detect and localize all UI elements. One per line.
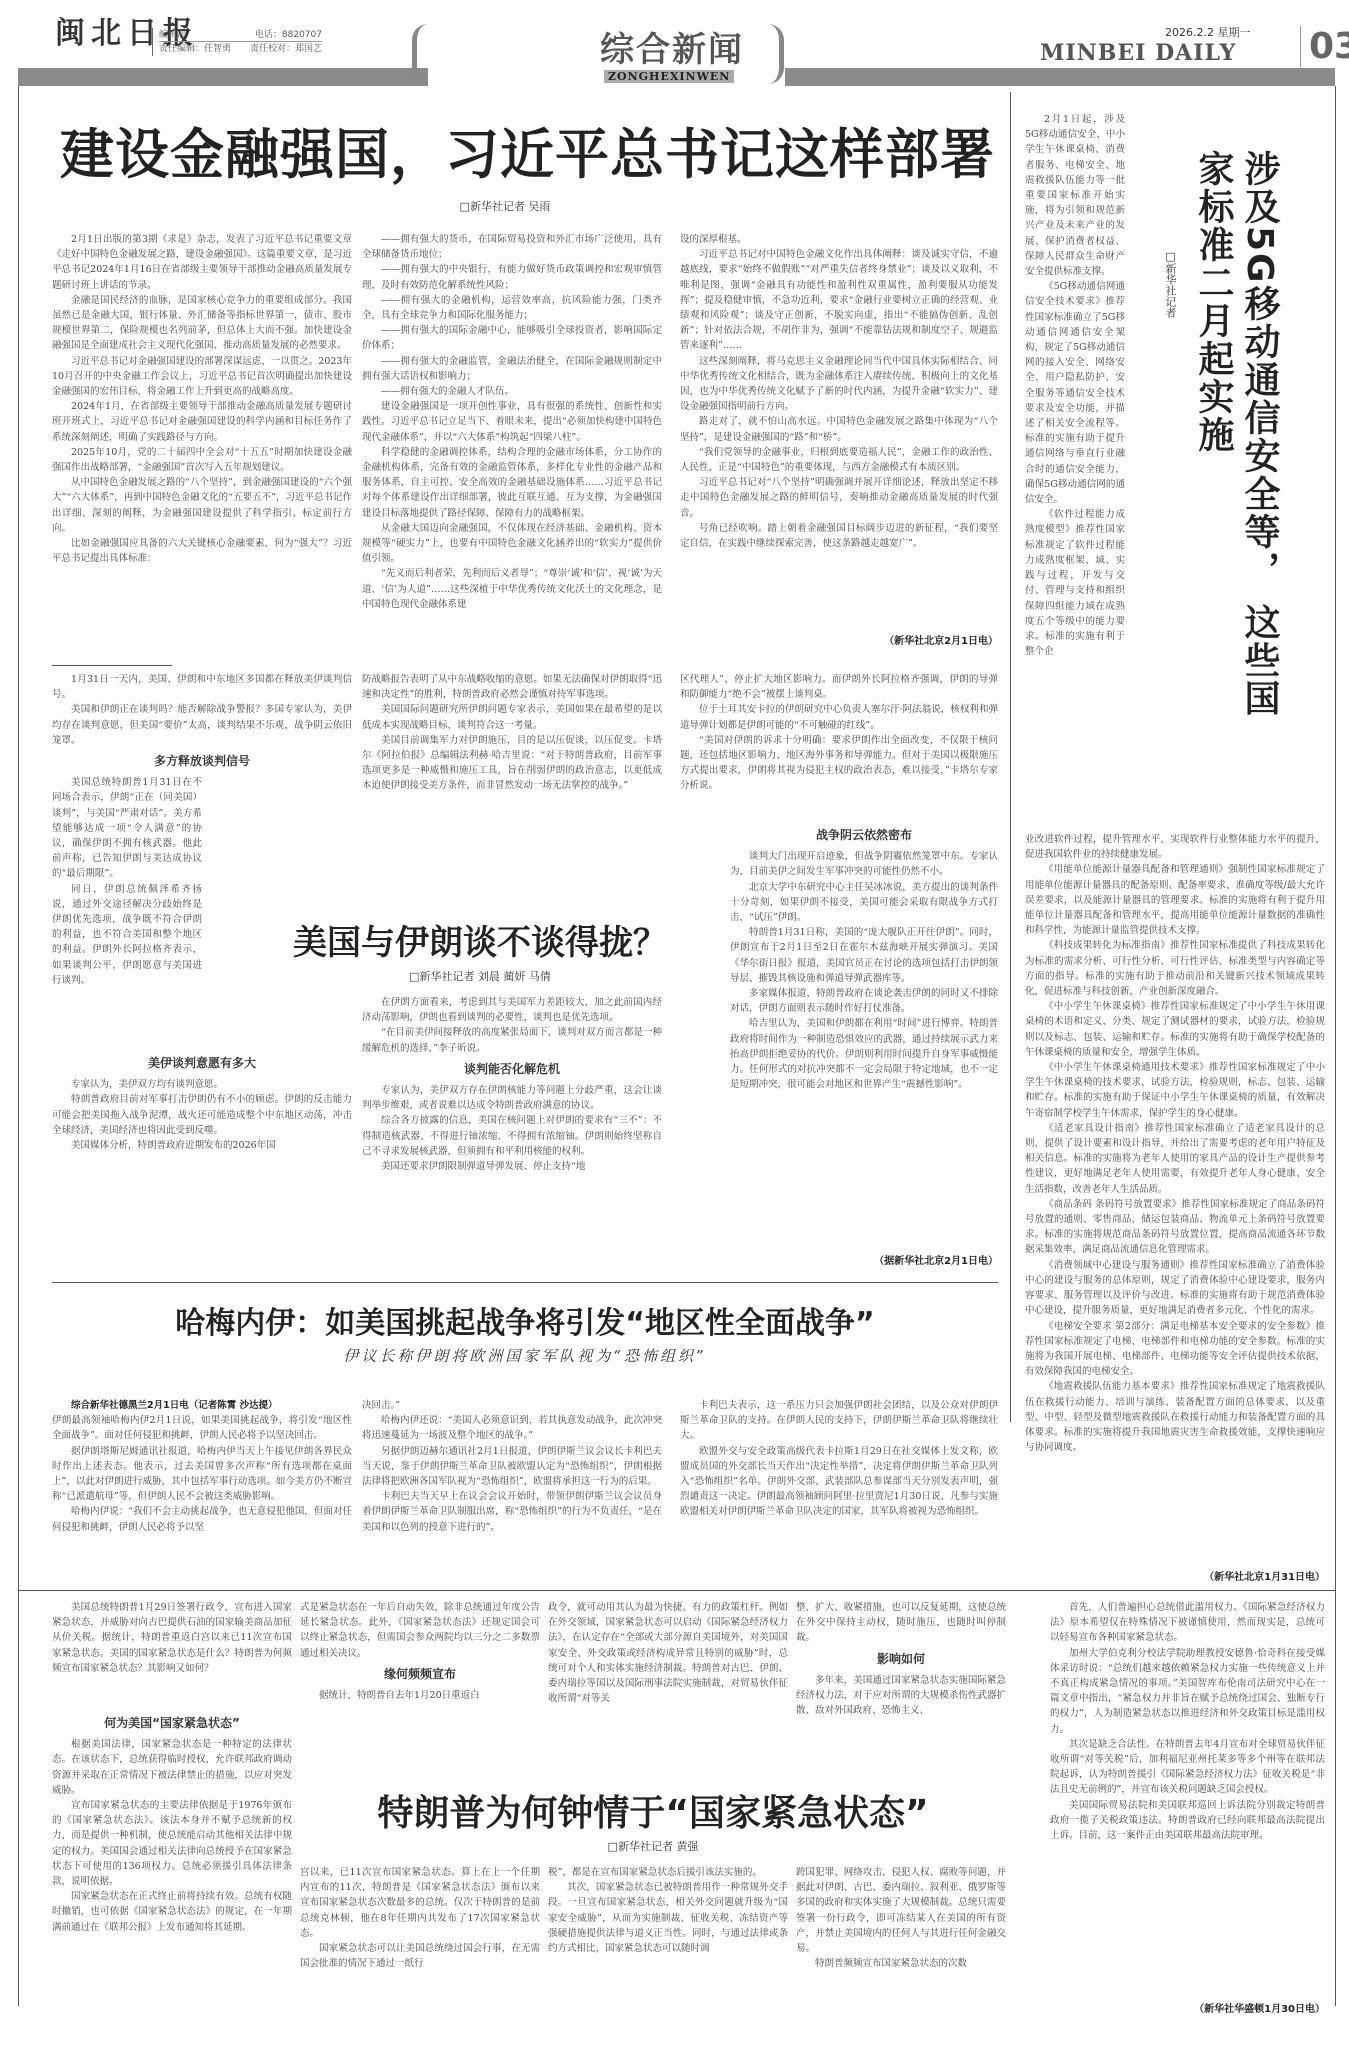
paragraph: 2月1日起，涉及5G移动通信安全、中小学生午休课桌椅、消费者服务、电梯安全、地震…	[1025, 112, 1125, 279]
paragraph: 伊朗最高领袖哈梅内伊2月1日说，如果美国挑起战争，将引发“地区性全面战争”。面对…	[52, 1413, 352, 1443]
paragraph: ——拥有强大的国际金融中心，能够吸引全球投资者，影响国际定价体系；	[362, 323, 662, 353]
paragraph: 北京大学中东研究中心主任吴冰冰说，美方提出的谈判条件十分苛刻，如果伊朗不接受，美…	[730, 880, 998, 926]
paragraph: 《中小学生午休课桌椅》推荐性国家标准规定了中小学生午休用课桌椅的术语和定义、分类…	[1025, 999, 1325, 1060]
article5-headline-line-1: 涉及5G移动通信安全等，	[1239, 150, 1280, 589]
paragraph: 多年来，美国通过国家紧急状态实施国际紧急经济权力法，对于应对所谓的大规模杀伤性武…	[796, 1673, 1006, 1719]
paragraph: 防战略报告表明了从中东战略收缩的意愿。如果无法确保对伊朗取得“迅速和决定性”的胜…	[362, 672, 662, 702]
frame-right-rule	[1335, 86, 1336, 2006]
paragraph: 税”，都是在宣布国家紧急状态后援引该法实施的。	[548, 1865, 788, 1880]
article1-headline: 建设金融强国，习近平总书记这样部署	[60, 112, 990, 189]
paragraph: 科学稳健的金融调控体系，结构合理的金融市场体系，分工协作的金融机构体系，完备有效…	[362, 445, 662, 521]
article4-subhead-3: 影响如何	[796, 1652, 1006, 1667]
paragraph: 特朗普1月31日称，美国的“庞大舰队正开往伊朗”。同时，伊朗宣布于2月1日至2日…	[730, 925, 998, 986]
paragraph: 卡利巴夫当天早上在议会会议开始时，带领伊朗伊斯兰议会议员身着伊朗伊斯兰革命卫队制…	[362, 1489, 662, 1535]
frame-left-rule	[18, 86, 19, 2006]
article2-column-1-lower: 美伊谈判意愿有多大 专家认为，美伊双方均有谈判意愿。 特朗普政府目前对军事打击伊…	[52, 1050, 352, 1250]
article-separator	[52, 665, 172, 666]
article3-column-2: 决回击。” 哈梅内伊还说：“美国人必须意识到，若其执意发动战争，此次冲突将迅速蔓…	[362, 1398, 662, 1573]
header-band-right	[785, 68, 1335, 86]
paragraph: 其次是缺乏合法性。在特朗普去年4月宣布对全球贸易伙伴征收所谓“对等关税”后，加利…	[1050, 1737, 1325, 1798]
masthead: 闽北日报 编辑部电话：8820707 责任编辑：任智勇责任校对：郑国艺 综合新闻…	[0, 0, 1349, 90]
paragraph: 金融是国民经济的血脉，是国家核心竞争力的重要组成部分。我国虽然已是金融大国，银行…	[52, 293, 352, 354]
article-separator	[18, 1590, 1336, 1591]
paragraph: 首先，人们普遍担心总统借此滥用权力。《国际紧急经济权力法》原本希望仅在特殊情况下…	[1050, 1600, 1325, 1646]
paragraph: ——拥有强大的金融机构，运营效率高，抗风险能力强，门类齐全，具有全球竞争力和国际…	[362, 293, 662, 323]
article5-byline: □新华社记者	[1162, 250, 1178, 370]
article2-subhead-1: 多方释放谈判信号	[52, 754, 352, 769]
paragraph: 整、扩大、收紧措施，也可以反复延期，这使总统在外交中保持主动权，随时施压，也随时…	[796, 1600, 1006, 1646]
paragraph: 美国国际贸易法院和美国联邦巡回上诉法院分别裁定特朗普政府一揽子关税政策违法。特朗…	[1050, 1798, 1325, 1844]
article4-column-3-upper: 政令，就可动用其认为最为快捷、有力的政策杠杆。例如在外交领域，国家紧急状态可以启…	[548, 1600, 788, 1780]
article2-subhead-2: 美伊谈判意愿有多大	[52, 1056, 352, 1071]
article4-subhead-2: 缘何频频宣布	[300, 1667, 540, 1682]
paragraph: 哈梅内伊还说：“美国人必须意识到，若其执意发动战争，此次冲突将迅速蔓延为一场波及…	[362, 1413, 662, 1443]
article3-subheadline: 伊议长称伊朗将欧洲国家军队视为“恐怖组织”	[60, 1345, 990, 1366]
article4-column-2-upper: 式是紧急状态在一年后自动失效，除非总统通过年度公告延长紧急状态。此外，《国家紧急…	[300, 1600, 540, 1780]
paragraph: 习近平总书记对金融强国建设的部署深谋远虑、一以贯之。2023年10月召开的中央金…	[52, 354, 352, 400]
article4-column-2-lower: 宫以来，已11次宣布国家紧急状态。算上在上一个任期内宣布的11次，特朗普是《国家…	[300, 1865, 540, 2010]
paragraph: 《电梯安全要求 第2部分：满足电梯基本安全要求的安全参数》推荐性国家标准规定了电…	[1025, 1319, 1325, 1380]
paragraph: 《商品条码 条码符号放置要求》推荐性国家标准规定了商品条码符号放置的通则、零售商…	[1025, 1197, 1325, 1258]
paragraph: 从中国特色金融发展之路的“八个坚持”，到金融强国建设的“六个强大”“六大体系”，…	[52, 475, 352, 536]
paragraph: 哈吉里认为，美国和伊朗都在利用“时间”进行博弈。特朗普政府将时间作为一种制造恐惧…	[730, 1016, 998, 1092]
paragraph: 式是紧急状态在一年后自动失效，除非总统通过年度公告延长紧急状态。此外，《国家紧急…	[300, 1600, 540, 1661]
proofreader-label: 责任校对：郑国艺	[250, 42, 322, 56]
paragraph: 《用能单位能源计量器具配备和管理通则》强制性国家标准规定了用能单位能源计量器具的…	[1025, 862, 1325, 938]
paragraph: 从金融大国迈向金融强国，不仅体现在经济基础、金融机构、资本规模等“硬实力”上，也…	[362, 521, 662, 567]
paragraph: 卡利巴夫表示，这一系压力只会加强伊朗社会团结，以及公众对伊朗伊斯兰革命卫队的支持…	[680, 1398, 998, 1444]
article4-byline: □新华社记者 黄强	[300, 1838, 1006, 1854]
article4-column-4-lower: 跨国犯罪、网络攻击、侵犯人权、腐败等问题，并据此对伊朗、古巴、委内瑞拉、叙利亚、…	[796, 1865, 1006, 2010]
article2-subhead-3: 谈判能否化解危机	[362, 1062, 662, 1077]
article2-column-2-upper: 防战略报告表明了从中东战略收缩的意愿。如果无法确保对伊朗取得“迅速和决定性”的胜…	[362, 672, 662, 872]
article5-source: （新华社北京1月31日电）	[1025, 1568, 1325, 1583]
paragraph: 美国总统特朗普1月31日在不同场合表示，伊朗“正在（同美国）谈判”，与美国“严肃…	[52, 775, 202, 881]
paragraph: 2月1日出版的第3期《求是》杂志，发表了习近平总书记重要文章《走好中国特色金融发…	[52, 232, 352, 293]
paragraph: 美国和伊朗正在谈判吗？能否解除战争警报？多国专家认为，美伊均存在谈判意愿，但美国…	[52, 702, 352, 748]
paragraph: 2024年1月，在省部级主要领导干部推动金融高质量发展专题研讨班开班式上，习近平…	[52, 399, 352, 445]
paragraph: 跨国犯罪、网络攻击、侵犯人权、腐败等问题，并据此对伊朗、古巴、委内瑞拉、叙利亚、…	[796, 1865, 1006, 1956]
paragraph: 在伊朗方面看来，考虑到其与美国军力差距较大，加之此前国内经济动荡影响，伊朗也看到…	[362, 995, 662, 1025]
article-separator	[52, 1282, 998, 1283]
section-pinyin: ZONGHEXINWEN	[604, 70, 734, 83]
paragraph: 区代理人”、停止扩大地区影响力。而伊朗外长阿拉格齐强调，伊朗的导弹和防御能力“绝…	[680, 672, 998, 702]
paragraph: 另据伊朗迈赫尔通讯社2月1日报道，伊朗伊斯兰议会议长卡利巴夫当天说，鉴于伊朗伊斯…	[362, 1444, 662, 1490]
paragraph: 《中小学生午休课桌椅通用技术要求》推荐性国家标准规定了中小学生午休课桌椅的技术要…	[1025, 1060, 1325, 1121]
paragraph: 欧盟外交与安全政策高级代表卡拉斯1月29日在社交媒体上发文称，欧盟成员国的外交部…	[680, 1444, 998, 1520]
phone-label: 电话：8820707	[255, 28, 322, 41]
paragraph: 决回击。”	[362, 1398, 662, 1413]
paragraph: 特朗普频频宣布国家紧急状态的次数	[796, 1956, 1006, 1971]
paper-name-en: MINBEI DAILY	[1040, 40, 1236, 66]
paragraph: 这些深刻阐释，将马克思主义金融理论同当代中国具体实际相结合、同中华优秀传统文化相…	[680, 354, 998, 415]
bracket-right-decoration	[768, 24, 784, 84]
issue-date: 2026.2.2 星期一	[1165, 24, 1250, 40]
header-band-left	[18, 68, 428, 86]
article2-headline: 美国与伊朗谈不谈得拢？	[215, 915, 745, 964]
paragraph: ——拥有强大的中央银行，有能力做好货币政策调控和宏观审慎管理，及时有效防范化解系…	[362, 262, 662, 292]
paragraph: 多家媒体报道，特朗普政府在谈论袭击伊朗的同时又不排除对话，伊朗方面则表示随时作好…	[730, 986, 998, 1016]
article3-headline: 哈梅内伊：如美国挑起战争将引发“地区性全面战争”	[60, 1298, 990, 1342]
article2-column-3-lower: 战争阴云依然密布 谈判大门出现开启迹象，但战争阴霾依然笼罩中东。专家认为，目前美…	[730, 822, 998, 1252]
paragraph: 业改进软件过程，提升管理水平，实现软件行业整体能力水平的提升，促进我国软件业的持…	[1025, 832, 1325, 862]
article4-column-3-lower: 税”，都是在宣布国家紧急状态后援引该法实施的。 其次，国家紧急状态已被特朗普用作…	[548, 1865, 788, 2010]
paragraph: 综合各方披露的信息，美国在核问题上对伊朗的要求有“三不”：不得制造核武器、不得进…	[362, 1113, 662, 1159]
article2-column-3-upper: 区代理人”、停止扩大地区影响力。而伊朗外长阿拉格齐强调，伊朗的导弹和防御能力“绝…	[680, 672, 998, 822]
article5-wide-column: 业改进软件过程，提升管理水平，实现软件行业整体能力水平的提升，促进我国软件业的持…	[1025, 832, 1325, 1652]
article1-column-3: 设的深厚根基。 习近平总书记对中国特色金融文化作出具体阐释：谈及诚实守信，不逾越…	[680, 232, 998, 632]
article2-byline: □新华社记者 刘晨 蔺妍 马倩	[215, 968, 745, 984]
article1-column-2: ——拥有强大的货币，在国际贸易投资和外汇市场广泛使用，具有全球储备货币地位； —…	[362, 232, 662, 652]
article2-headline-wrap: 美国与伊朗谈不谈得拢？	[215, 915, 745, 964]
paragraph: 《5G移动通信网通信安全技术要求》推荐性国家标准确立了5G移动通信网通信安全架构…	[1025, 279, 1125, 507]
paragraph: 特朗普政府目前对军事打击伊朗仍有不小的顾虑。伊朗的反击能力可能会把美国拖入战争泥…	[52, 1092, 352, 1138]
article4-headline: 特朗普为何钟情于“国家紧急状态”	[300, 1785, 1006, 1836]
paragraph: 美国媒体分析，特朗普政府近期发布的2026年国	[52, 1138, 352, 1153]
paragraph: 习近平总书记对“八个坚持”明确强调并展开详细论述，释放出坚定不移走中国特色金融发…	[680, 475, 998, 521]
paragraph: ——拥有强大的金融人才队伍。	[362, 384, 662, 399]
paragraph: 谈判大门出现开启迹象，但战争阴霾依然笼罩中东。专家认为，目前美伊之间发生军事冲突…	[730, 849, 998, 879]
paragraph: 《科技成果转化为标准指南》推荐性国家标准提供了科技成果转化为标准的需求分析、可行…	[1025, 938, 1325, 999]
paragraph: 美国总统特朗普1月29日签署行政令，宣布进入国家紧急状态，并威胁对向古巴提供石油…	[52, 1600, 292, 1676]
paragraph: 美国国际问题研究所伊朗问题专家表示，美国如果在最希望的是以低成本实现战略目标，谈…	[362, 702, 662, 732]
paragraph: 1月31日一天内，美国、伊朗和中东地区多国都在释放美伊谈判信号。	[52, 672, 352, 702]
paragraph: 位于土耳其安卡拉的伊朗研究中心负责人塞尔汗·阿法翁说，核权利和弹道导弹计划都是伊…	[680, 702, 998, 732]
paragraph: 《消费领域中心建设与服务通则》推荐性国家标准确立了消费体验中心的建设与服务的总体…	[1025, 1258, 1325, 1319]
paragraph: 据伊朗塔斯尼姆通讯社报道，哈梅内伊当天上午接见伊朗各界民众时作出上述表态。他表示…	[52, 1444, 352, 1505]
paragraph: 路走对了，就不怕山高水远。中国特色金融发展之路集中体现为“八个坚持”，是建设金融…	[680, 414, 998, 444]
dept-label: 编辑部	[159, 28, 186, 41]
paragraph: 宣布国家紧急状态的主要法律依据是于1976年颁布的《国家紧急状态法》。该法本身并…	[52, 1798, 292, 1889]
paragraph: 比如金融强国应具备的六大关键核心金融要素，何为“强大”？习近平总书记提出具体标准…	[52, 536, 352, 566]
editorial-info: 编辑部电话：8820707 责任编辑：任智勇责任校对：郑国艺	[152, 28, 322, 56]
article1-byline: □新华社记者 吴雨	[0, 198, 1010, 214]
article3-headline-wrap: 哈梅内伊：如美国挑起战争将引发“地区性全面战争”	[60, 1298, 990, 1342]
paragraph: 哈梅内伊说：“我们不会主动挑起战争，也无意侵犯他国，但面对任何侵犯和挑衅，伊朗人…	[52, 1504, 352, 1534]
paragraph: 美国还要求伊朗限制弹道导弹发展、停止支持“地	[362, 1159, 662, 1174]
article2-column-2-lower: 在伊朗方面看来，考虑到其与美国军力差距较大，加之此前国内经济动荡影响，伊朗也看到…	[362, 995, 662, 1265]
article2-source: （据新华社北京2月1日电）	[730, 1252, 998, 1267]
section-title: 综合新闻	[600, 22, 744, 71]
article4-column-1-upper: 美国总统特朗普1月29日签署行政令，宣布进入国家紧急状态，并威胁对向古巴提供石油…	[52, 1600, 292, 1710]
article3-dateline: 综合新华社德黑兰2月1日电（记者陈霄 沙达提）	[52, 1398, 352, 1413]
paragraph: 国家紧急状态可以让美国总统绕过国会行事，在无需国会批准的情况下通过一纸行	[300, 1941, 540, 1971]
article4-source: （新华社华盛顿1月30日电）	[1050, 2000, 1325, 2015]
article4-column-5: 首先，人们普遍担心总统借此滥用权力。《国际紧急经济权力法》原本希望仅在特殊情况下…	[1050, 1600, 1325, 2000]
paragraph: 专家认为，美伊双方存在伊朗核能力等问题上分歧严重，这会让谈判举步维艰，或者说难以…	[362, 1083, 662, 1113]
paragraph: 习近平总书记对中国特色金融文化作出具体阐释：谈及诚实守信，不逾越底线，要求“始终…	[680, 247, 998, 353]
paragraph: 2025年10月，党的二十届四中全会对“十五五”时期加快建设金融强国作出战略部署…	[52, 445, 352, 475]
paragraph: “我们党领导的金融事业，归根到底要造福人民”，金融工作的政治性、人民性，正是“中…	[680, 445, 998, 475]
paragraph: 加州大学伯克利分校法学院助理教授安德鲁·恰奇科在接受媒体采访时说：“总统们越来越…	[1050, 1646, 1325, 1737]
paragraph: 号角已经吹响。踏上朝着金融强国目标阔步迈进的新征程，“我们要坚定自信，在实践中继…	[680, 521, 998, 551]
article3-column-1: 综合新华社德黑兰2月1日电（记者陈霄 沙达提） 伊朗最高领袖哈梅内伊2月1日说，…	[52, 1398, 352, 1573]
paragraph: 设的深厚根基。	[680, 232, 998, 247]
paragraph: “先义而后利者荣，先利而后义者辱”；“尊崇‘诚’和‘信’，视‘诚’为天道、‘信’…	[362, 566, 662, 612]
column-divider-right	[1010, 92, 1011, 1422]
article3-column-3: 卡利巴夫表示，这一系压力只会加强伊朗社会团结，以及公众对伊朗伊斯兰革命卫队的支持…	[680, 1398, 998, 1573]
paragraph: 《软件过程能力成熟度模型》推荐性国家标准规定了软件过程能力成熟度框架、域、实践与…	[1025, 507, 1125, 659]
paragraph: 建设金融强国是一项开创性事业，具有很强的系统性、创新性和实践性。习近平总书记立足…	[362, 399, 662, 445]
article5-headline: 涉及5G移动通信安全等， 这些国家标准二月起实施	[1190, 150, 1282, 730]
paragraph: ——拥有强大的货币，在国际贸易投资和外汇市场广泛使用，具有全球储备货币地位；	[362, 232, 662, 262]
paragraph: 根据美国法律，国家紧急状态是一种特定的法律状态。在该状态下，总统获得临时授权，允…	[52, 1737, 292, 1798]
paragraph: “美国对伊朗的诉求十分明确：要求伊朗作出全面改变，不仅限于核问题，还包括地区影响…	[680, 733, 998, 794]
article1-column-1: 2月1日出版的第3期《求是》杂志，发表了习近平总书记重要文章《走好中国特色金融发…	[52, 232, 352, 652]
paragraph: 宫以来，已11次宣布国家紧急状态。算上在上一个任期内宣布的11次，特朗普是《国家…	[300, 1865, 540, 1941]
article5-narrow-column: 2月1日起，涉及5G移动通信安全、中小学生午休课桌椅、消费者服务、电梯安全、地震…	[1025, 112, 1125, 832]
paragraph: ——拥有强大的金融监管，金融法治健全，在国际金融规则制定中拥有强大话语权和影响力…	[362, 354, 662, 384]
paragraph: 其次，国家紧急状态已被特朗普用作一种常规外交手段。一旦宣布国家紧急状态，相关外交…	[548, 1880, 788, 1956]
paragraph: 政令，就可动用其认为最为快捷、有力的政策杠杆。例如在外交领域，国家紧急状态可以启…	[548, 1600, 788, 1706]
paragraph: 《地震救援队伍能力基本要求》推荐性国家标准规定了地震救援队伍在救援行动能力、培训…	[1025, 1379, 1325, 1455]
article2-subhead-4: 战争阴云依然密布	[730, 828, 998, 843]
paragraph: 《适老家具设计指南》推荐性国家标准确立了适老家具设计的总则，提供了设计要素和设计…	[1025, 1121, 1325, 1197]
article4-column-4-upper: 整、扩大、收紧措施，也可以反复延期，这使总统在外交中保持主动权，随时施压，也随时…	[796, 1600, 1006, 1780]
editor-label: 责任编辑：任智勇	[159, 42, 231, 56]
article1-source: （新华社北京2月1日电）	[680, 632, 998, 647]
article4-headline-wrap: 特朗普为何钟情于“国家紧急状态”	[300, 1785, 1006, 1836]
paragraph: 同日，伊朗总统佩泽希齐扬说，通过外交途径解决分歧始终是伊朗优先选项，战争既不符合…	[52, 882, 202, 988]
page-number: 03	[1300, 26, 1349, 67]
bracket-left-decoration	[412, 24, 428, 84]
article4-subhead-1: 何为美国“国家紧急状态”	[52, 1716, 292, 1731]
article1-headline-wrap: 建设金融强国，习近平总书记这样部署	[60, 112, 990, 189]
paragraph: 美国目前调集军力对伊朗施压，目的是以压促谈，以压促变。卡塔尔《阿拉伯报》总编辑法…	[362, 733, 662, 794]
paragraph: 专家认为，美伊双方均有谈判意愿。	[52, 1077, 352, 1092]
paragraph: 据统计，特朗普自去年1月20日重返白	[300, 1688, 540, 1703]
paragraph: “在目前美伊间接释放的高度紧张局面下，谈判对双方而言都是一种缓解危机的选择，”李…	[362, 1025, 662, 1055]
article4-column-1-lower: 何为美国“国家紧急状态” 根据美国法律，国家紧急状态是一种特定的法律状态。在该状…	[52, 1710, 292, 2010]
paragraph: 国家紧急状态在正式终止前将持续有效。总统有权随时撤销，也可依据《国家紧急状态法》…	[52, 1889, 292, 1935]
